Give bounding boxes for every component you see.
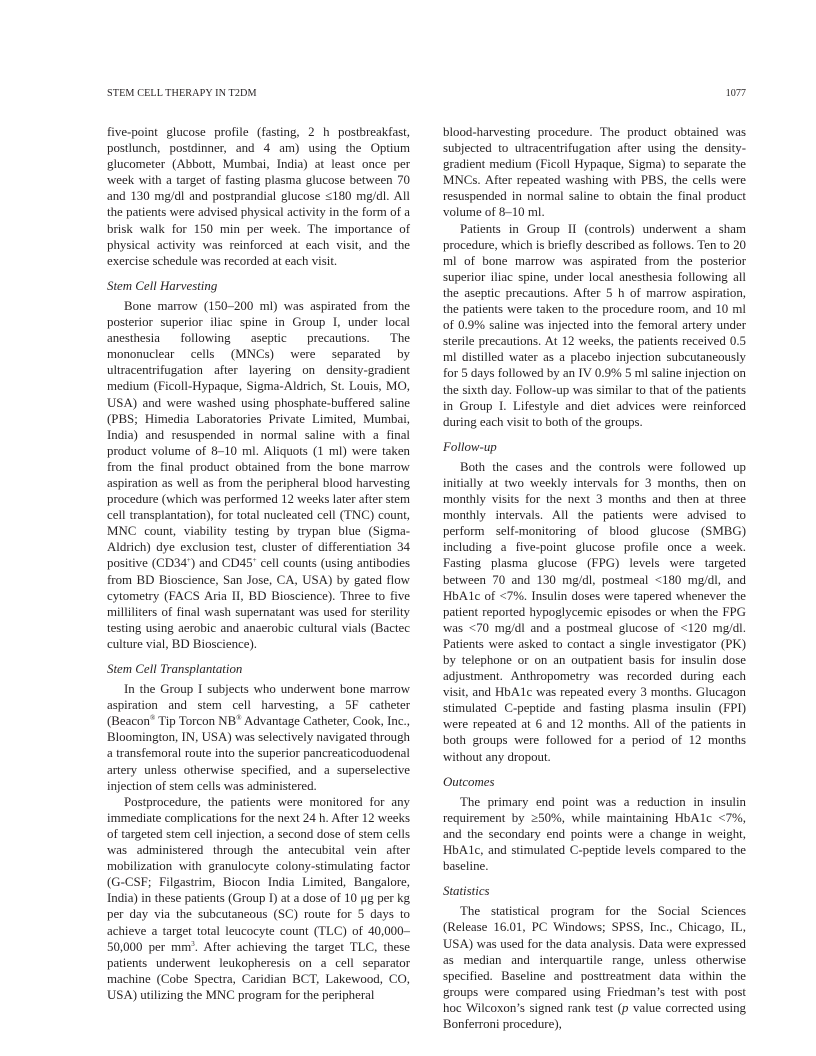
section-heading-stem-cell-harvesting: Stem Cell Harvesting	[107, 278, 410, 294]
controls-paragraph: Patients in Group II (controls) underwen…	[443, 221, 746, 430]
follow-up-paragraph: Both the cases and the controls were fol…	[443, 459, 746, 765]
left-column: five-point glucose profile (fasting, 2 h…	[107, 124, 410, 1003]
section-heading-stem-cell-transplantation: Stem Cell Transplantation	[107, 661, 410, 677]
text-run: Advantage Catheter, Cook, Inc., Blooming…	[107, 714, 410, 792]
section-heading-statistics: Statistics	[443, 883, 746, 899]
text-run: cell counts (using antibodies from BD Bi…	[107, 556, 410, 650]
continued-paragraph: blood-harvesting procedure. The product …	[443, 124, 746, 221]
section-heading-outcomes: Outcomes	[443, 774, 746, 790]
text-run: The statistical program for the Social S…	[443, 904, 746, 1015]
outcomes-paragraph: The primary end point was a reduction in…	[443, 794, 746, 874]
section-heading-follow-up: Follow-up	[443, 439, 746, 455]
text-run: Postprocedure, the patients were monitor…	[107, 795, 410, 954]
transplantation-paragraph: In the Group I subjects who underwent bo…	[107, 681, 410, 794]
right-column: blood-harvesting procedure. The product …	[443, 124, 746, 1032]
postprocedure-paragraph: Postprocedure, the patients were monitor…	[107, 794, 410, 1003]
text-run: Bone marrow (150–200 ml) was aspirated f…	[107, 299, 410, 571]
text-run: Tip Torcon NB	[155, 714, 236, 728]
page-number: 1077	[716, 88, 746, 99]
harvesting-paragraph: Bone marrow (150–200 ml) was aspirated f…	[107, 298, 410, 652]
text-run: ) and CD45	[191, 556, 253, 570]
statistics-paragraph: The statistical program for the Social S…	[443, 903, 746, 1032]
intro-paragraph: five-point glucose profile (fasting, 2 h…	[107, 124, 410, 269]
running-head: STEM CELL THERAPY IN T2DM	[107, 88, 257, 99]
